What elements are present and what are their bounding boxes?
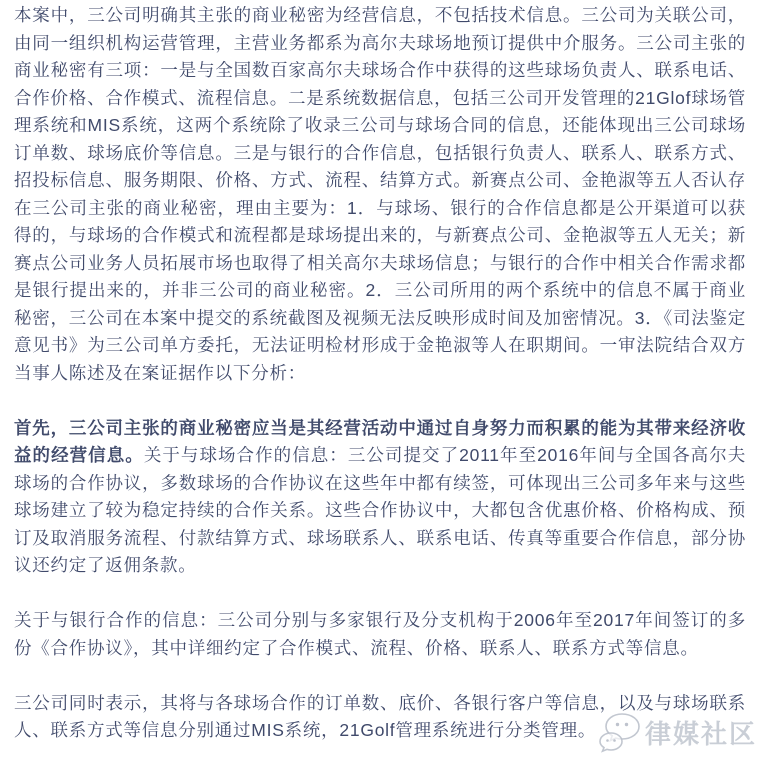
legal-article-body: 本案中，三公司明确其主张的商业秘密为经营信息，不包括技术信息。三公司为关联公司，… bbox=[0, 0, 760, 745]
paragraph-case-summary: 本案中，三公司明确其主张的商业秘密为经营信息，不包括技术信息。三公司为关联公司，… bbox=[14, 2, 746, 387]
paragraph-system-management: 三公司同时表示，其将与各球场合作的订单数、底价、各银行客户等信息，以及与球场联系… bbox=[14, 690, 746, 745]
paragraph-bank-cooperation-info: 关于与银行合作的信息：三公司分别与多家银行及分支机构于2006年至2017年间签… bbox=[14, 607, 746, 662]
paragraph-court-analysis-first: 首先，三公司主张的商业秘密应当是其经营活动中通过自身努力而积累的能为其带来经济收… bbox=[14, 415, 746, 580]
